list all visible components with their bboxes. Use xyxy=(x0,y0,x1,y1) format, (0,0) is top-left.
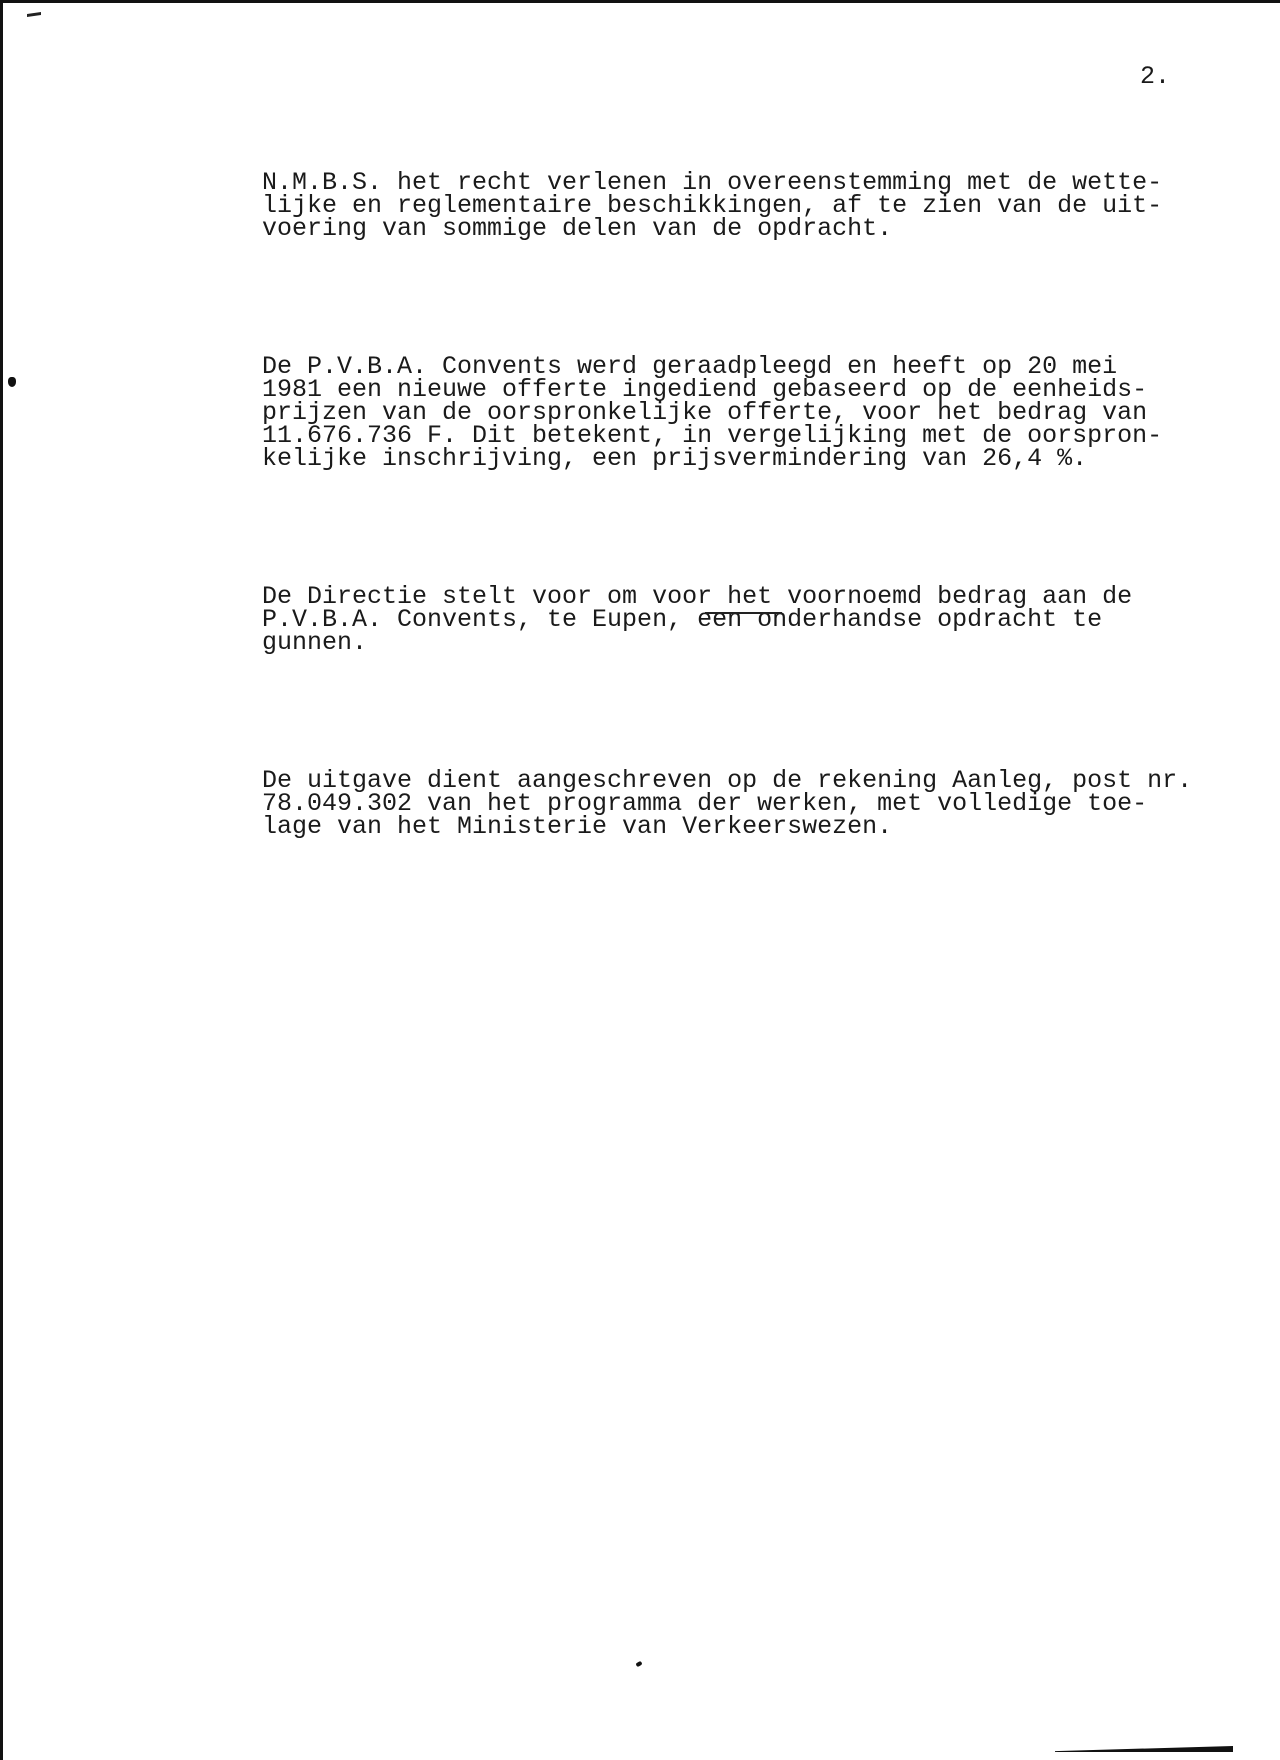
body-text: N.M.B.S. het recht verlenen in overeenst… xyxy=(262,125,1222,907)
scan-speck xyxy=(635,1661,642,1667)
scan-edge-bottom-mark xyxy=(1055,1746,1233,1752)
paragraph-4: De uitgave dient aangeschreven op de rek… xyxy=(262,723,1222,884)
text-line: kelijke inschrijving, een prijsverminder… xyxy=(262,447,1222,470)
text-line: voering van sommige delen van de opdrach… xyxy=(262,217,1222,240)
page-number: 2. xyxy=(1140,62,1170,91)
scanned-page: 2. N.M.B.S. het recht verlenen in overee… xyxy=(0,0,1280,1760)
text-line: lage van het Ministerie van Verkeersweze… xyxy=(262,815,1222,838)
hole-punch-mark xyxy=(8,377,16,387)
scan-edge-top xyxy=(0,0,1280,3)
scan-edge-left xyxy=(0,0,3,1760)
end-separator-line xyxy=(705,612,782,614)
paragraph-2: De P.V.B.A. Convents werd geraadpleegd e… xyxy=(262,309,1222,516)
corner-mark xyxy=(27,12,41,17)
paragraph-3: De Directie stelt voor om voor het voorn… xyxy=(262,539,1222,700)
text-line: gunnen. xyxy=(262,631,1222,654)
paragraph-1: N.M.B.S. het recht verlenen in overeenst… xyxy=(262,125,1222,286)
